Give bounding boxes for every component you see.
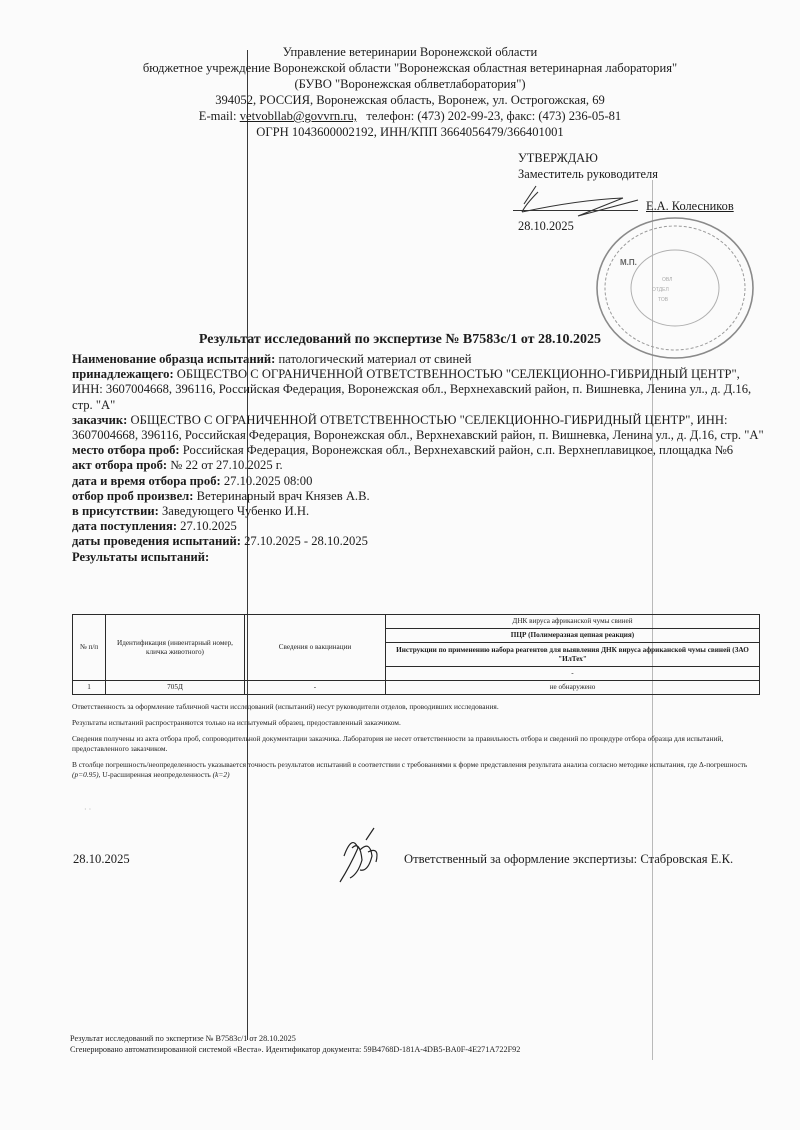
lab-letterhead: Управление ветеринарии Воронежской облас…: [60, 44, 760, 140]
footer-reference: Результат исследований по экспертизе № В…: [70, 1033, 770, 1044]
letterhead-contacts: E-mail: vetvobllab@govvrn.ru, телефон: (…: [60, 108, 760, 124]
test-dates-field: даты проведения испытаний: 27.10.2025 - …: [72, 534, 772, 549]
cell-number: 1: [73, 681, 106, 695]
col-header-normative-doc: Инструкции по применению набора реагенто…: [386, 643, 760, 667]
approval-heading: УТВЕРЖДАЮ: [518, 150, 768, 166]
note-scope: Результаты испытаний распространяются то…: [72, 718, 772, 728]
svg-text:ОВЛ: ОВЛ: [662, 277, 672, 283]
signoff-date: 28.10.2025: [73, 852, 130, 867]
svg-text:М.П.: М.П.: [620, 258, 637, 267]
signature-icon: [330, 826, 390, 886]
responsible-signature-icon: [330, 826, 390, 891]
document-footer: Результат исследований по экспертизе № В…: [70, 1033, 770, 1055]
footer-generated-id: Сгенерировано автоматизированной системо…: [70, 1044, 770, 1055]
note-uncertainty: В столбце погрешность/неопределенность у…: [72, 760, 772, 780]
document-title: Результат исследований по экспертизе № В…: [60, 332, 740, 348]
col-header-vaccination: Сведения о вакцинации: [245, 615, 386, 681]
signature-rule: [513, 210, 638, 211]
note-source: Сведения получены из акта отбора проб, с…: [72, 734, 772, 754]
table-row: 1 705Д - не обнаружено: [73, 681, 760, 695]
email-label: E-mail:: [199, 109, 237, 123]
svg-text:ТОВ: ТОВ: [658, 297, 669, 303]
letterhead-institution: бюджетное учреждение Воронежской области…: [60, 60, 760, 76]
letterhead-registration: ОГРН 1043600002192, ИНН/КПП 3664056479/3…: [60, 124, 760, 140]
presence-field: в присутствии: Заведующего Чубенко И.Н.: [72, 504, 772, 519]
owner-field: принадлежащего: ОБЩЕСТВО С ОГРАНИЧЕННОЙ …: [72, 367, 772, 413]
sampling-place-field: место отбора проб: Российская Федерация,…: [72, 443, 772, 458]
approver-name: Е.А. Колесников: [646, 198, 734, 214]
col-header-method: ПЦР (Полимеразная цепная реакция): [386, 629, 760, 643]
phone-fax: телефон: (473) 202-99-23, факс: (473) 23…: [366, 109, 621, 123]
cell-identification: 705Д: [106, 681, 245, 695]
sampler-field: отбор проб произвел: Ветеринарный врач К…: [72, 489, 772, 504]
results-heading: Результаты испытаний:: [72, 550, 772, 565]
sampling-datetime-field: дата и время отбора проб: 27.10.2025 08:…: [72, 474, 772, 489]
letterhead-authority: Управление ветеринарии Воронежской облас…: [60, 44, 760, 60]
col-header-number: № п/п: [73, 615, 106, 681]
sampling-act-field: акт отбора проб: № 22 от 27.10.2025 г.: [72, 458, 772, 473]
approval-position: Заместитель руководителя: [518, 166, 768, 182]
col-header-norm-value: -: [386, 667, 760, 681]
letterhead-short-name: (БУВО "Воронежская облветлаборатория"): [60, 76, 760, 92]
scan-specks: · ·: [84, 805, 91, 814]
received-date-field: дата поступления: 27.10.2025: [72, 519, 772, 534]
letterhead-address: 394052, РОССИЯ, Воронежская область, Вор…: [60, 92, 760, 108]
sample-info: Наименование образца испытаний: патологи…: [72, 352, 772, 565]
col-header-identification: Идентификация (инвентарный номер, кличка…: [106, 615, 245, 681]
cell-vaccination: -: [245, 681, 386, 695]
responsible-person: Ответственный за оформление экспертизы: …: [404, 852, 733, 867]
results-table: № п/п Идентификация (инвентарный номер, …: [72, 614, 760, 695]
svg-text:ОТДЕЛ: ОТДЕЛ: [652, 287, 669, 293]
col-header-indicator: ДНК вируса африканской чумы свиней: [386, 615, 760, 629]
customer-field: заказчик: ОБЩЕСТВО С ОГРАНИЧЕННОЙ ОТВЕТС…: [72, 413, 772, 443]
email-link[interactable]: vetvobllab@govvrn.ru,: [240, 109, 357, 123]
sample-name-field: Наименование образца испытаний: патологи…: [72, 352, 772, 367]
cell-result: не обнаружено: [386, 681, 760, 695]
note-responsibility: Ответственность за оформление табличной …: [72, 702, 772, 712]
disclaimer-notes: Ответственность за оформление табличной …: [72, 702, 772, 786]
